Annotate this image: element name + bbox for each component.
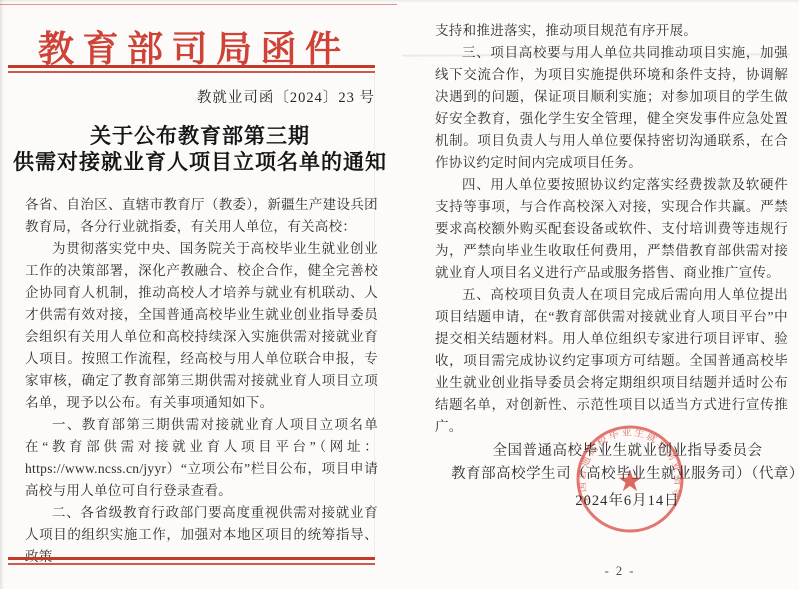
paragraph: 五、高校项目负责人在项目完成后需向用人单位提出项目结题申请，在“教育部供需对接就… — [435, 284, 788, 438]
page1-footer-rule — [8, 557, 375, 565]
official-seal: 全国普通高校毕业生就业创业指导委员会 ★ — [570, 419, 690, 539]
paragraph: 三、项目高校要与用人单位共同推动项目实施，加强线下交流合作，为项目实施提供环境和… — [435, 42, 788, 174]
page2-body: 支持和推进落实，推动项目规范有序开展。 三、项目高校要与用人单位共同推动项目实施… — [435, 20, 788, 438]
page-number: - 2 - — [598, 564, 642, 579]
document-number: 教就业司函〔2024〕23 号 — [197, 86, 375, 107]
page1-body: 各省、自治区、直辖市教育厅（教委），新疆生产建设兵团教育局，各分行业就指委，有关… — [25, 194, 378, 568]
paragraph-continuation: 支持和推进落实，推动项目规范有序开展。 — [435, 20, 788, 42]
paragraph: 为贯彻落实党中央、国务院关于高校毕业生就业创业工作的决策部署，深化产教融合、校企… — [25, 238, 378, 414]
notice-title-line2: 供需对接就业育人项目立项名单的通知 — [0, 150, 400, 176]
letterhead-double-rule — [8, 65, 375, 73]
document-page-2: 支持和推进落实，推动项目规范有序开展。 三、项目高校要与用人单位共同推动项目实施… — [400, 0, 799, 589]
paragraph: 一、教育部第三期供需对接就业育人项目立项名单在“教育部供需对接就业育人项目平台”… — [25, 414, 378, 502]
notice-title: 关于公布教育部第三期 供需对接就业育人项目立项名单的通知 — [0, 124, 400, 176]
scanned-document: 教育部司局函件 教就业司函〔2024〕23 号 关于公布教育部第三期 供需对接就… — [0, 0, 799, 589]
salutation: 各省、自治区、直辖市教育厅（教委），新疆生产建设兵团教育局，各分行业就指委，有关… — [25, 194, 378, 238]
paragraph: 四、用人单位要按照协议约定落实经费拨款及软硬件支持等事项，与合作高校深入对接，实… — [435, 174, 788, 284]
document-page-1: 教育部司局函件 教就业司函〔2024〕23 号 关于公布教育部第三期 供需对接就… — [0, 0, 400, 589]
star-icon: ★ — [617, 465, 644, 498]
letterhead-top-rule — [0, 4, 397, 5]
notice-title-line1: 关于公布教育部第三期 — [0, 124, 400, 150]
